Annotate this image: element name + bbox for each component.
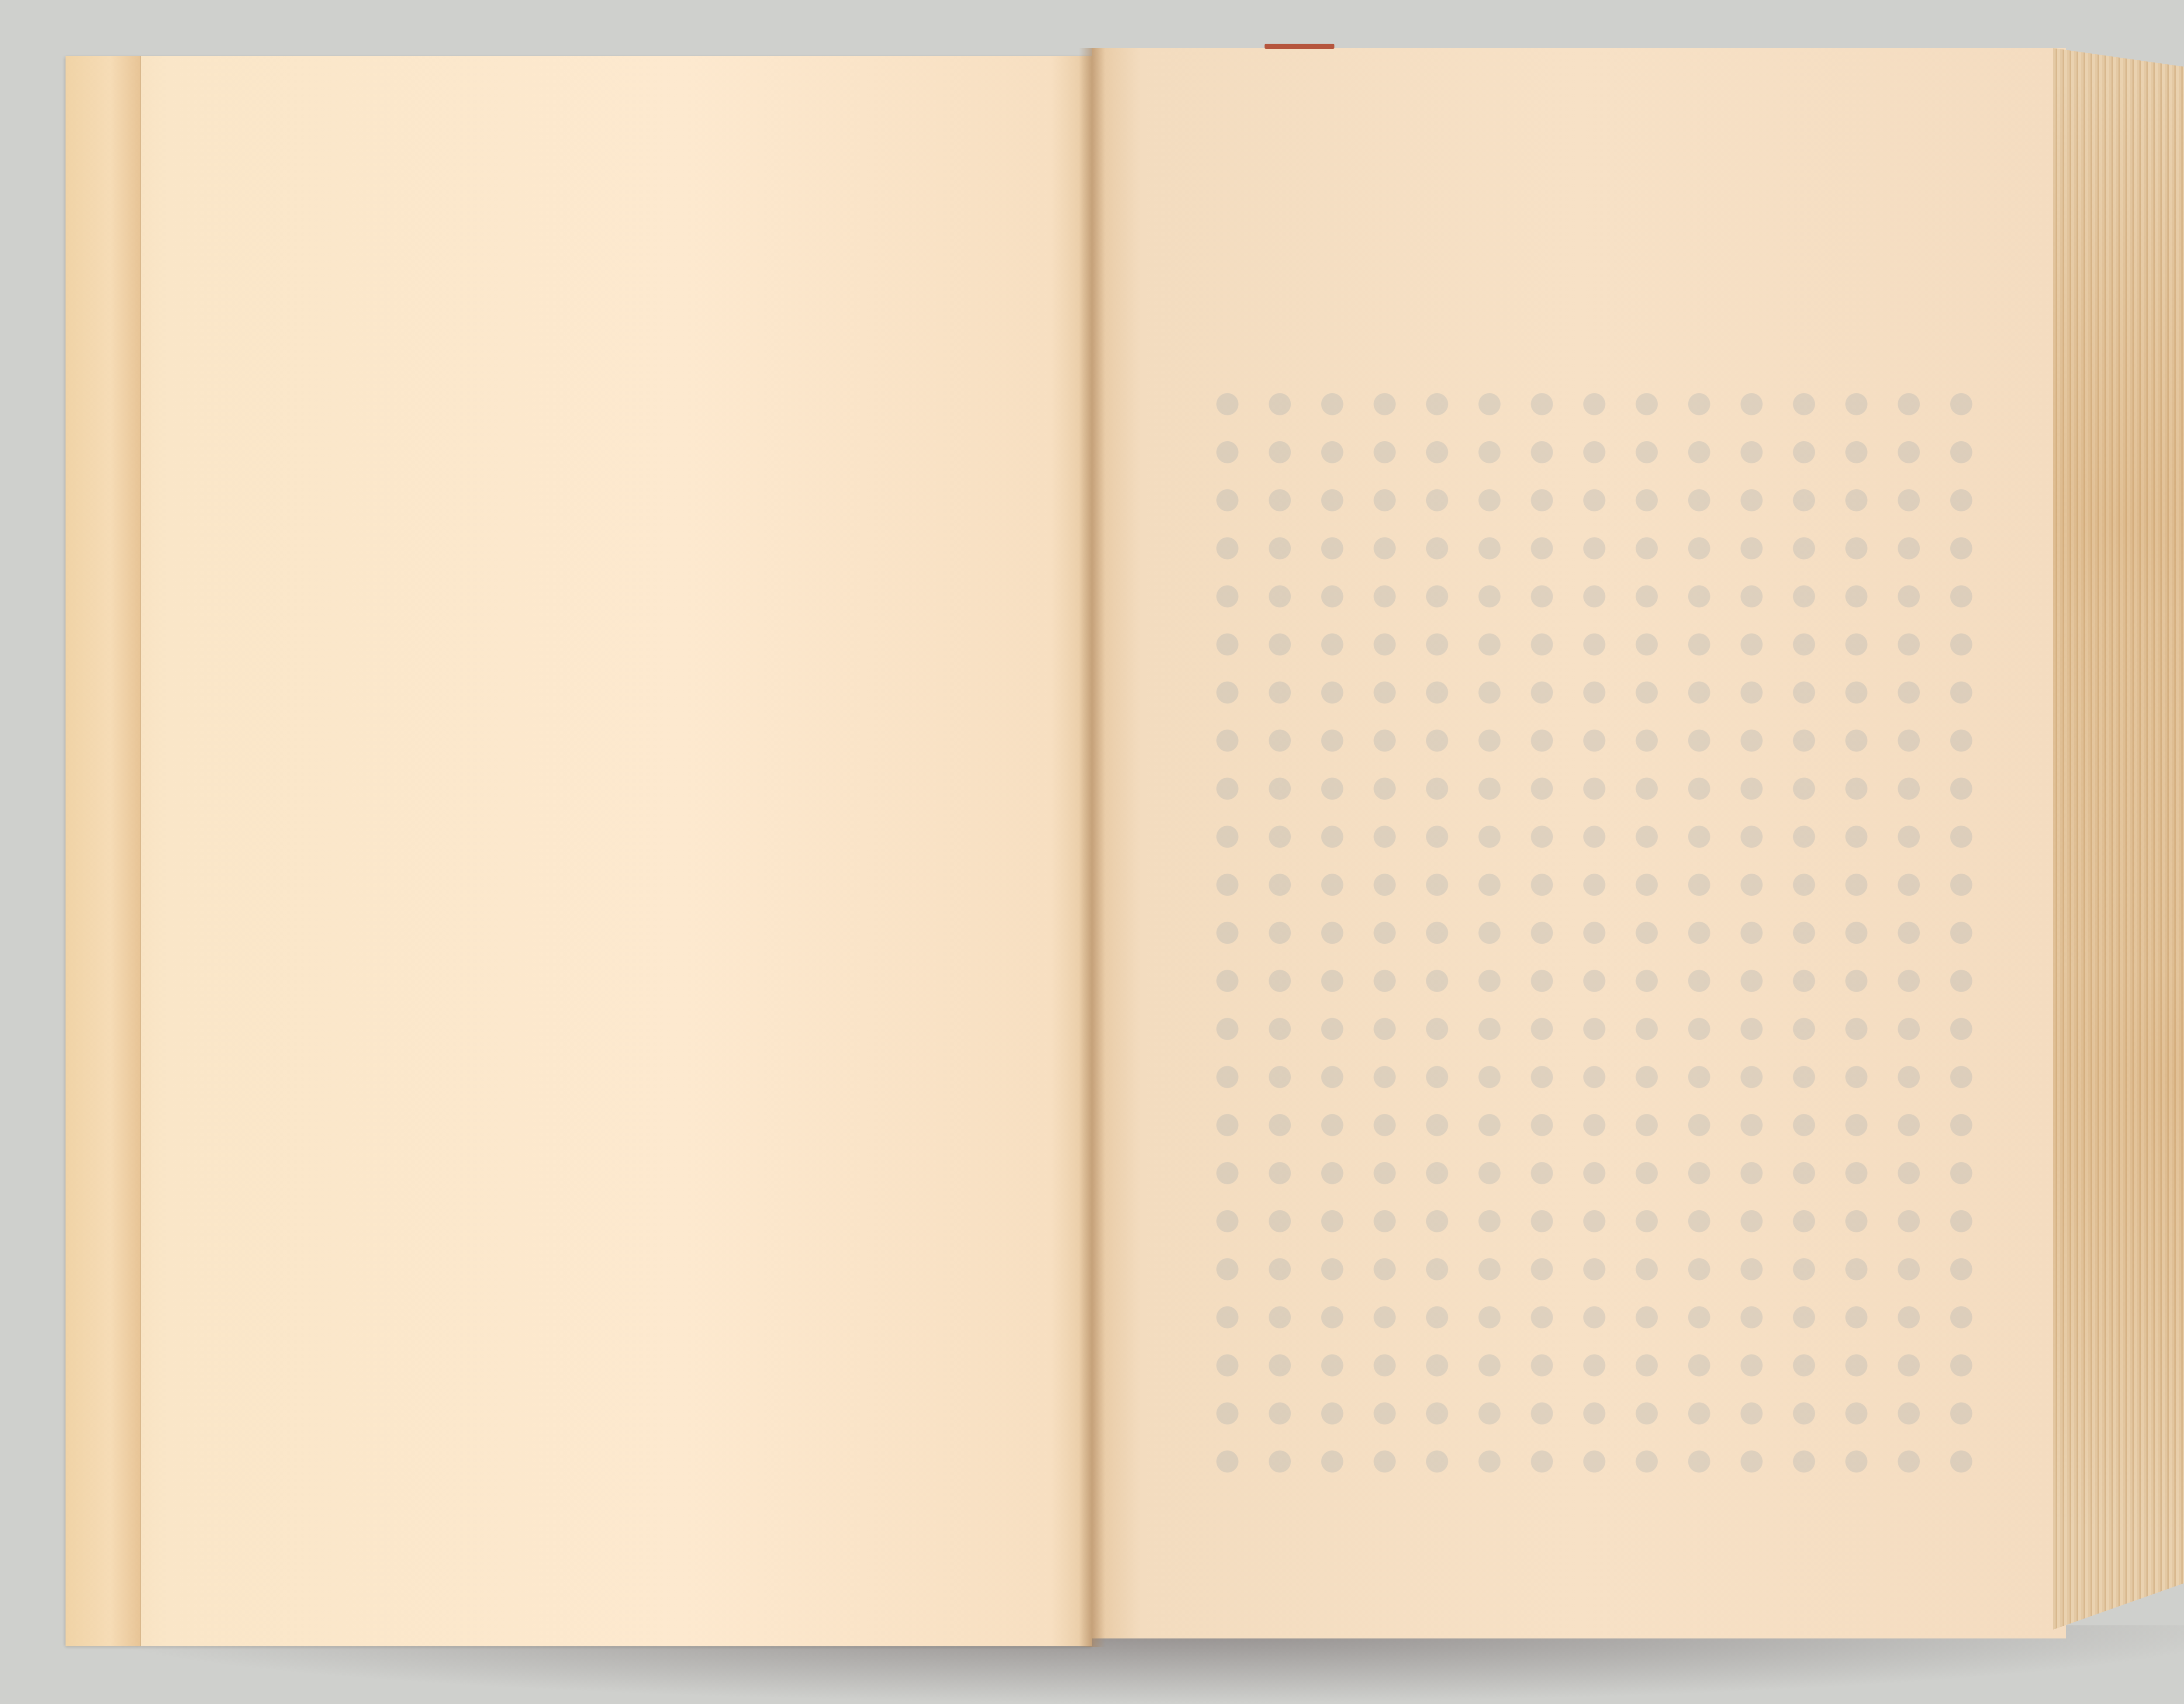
left-page [66,56,1092,1646]
book-gutter [1079,48,1105,1647]
bleed-through-text [1201,380,1987,1494]
red-ribbon-mark [1265,44,1334,49]
left-page-hinge [66,56,141,1646]
open-book [0,0,2184,1704]
page-fore-edge [2053,48,2184,1630]
